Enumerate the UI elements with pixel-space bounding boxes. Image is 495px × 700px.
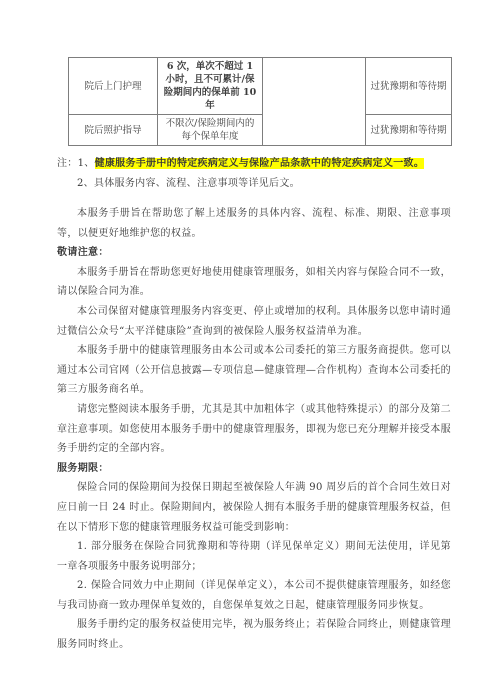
service-quota-cell: 6 次，单次不超过 1 小时，且不可累计/保险期间内的保单前 10 年 bbox=[158, 58, 263, 115]
note-item1-highlighted-text: 健康服务手册中的特定疾病定义与保险产品条款中的特定疾病定义一致。 bbox=[95, 158, 425, 169]
paragraph-termination: 服务手册约定的服务权益使用完毕，视为服务终止；若保险合同终止，则健康管理服务同时… bbox=[57, 615, 451, 654]
page-content: 院后上门护理 6 次，单次不超过 1 小时，且不可累计/保险期间内的保单前 10… bbox=[0, 0, 495, 655]
table-row-home-nursing: 院后上门护理 6 次，单次不超过 1 小时，且不可累计/保险期间内的保单前 10… bbox=[69, 58, 452, 115]
table-row-care-guidance: 院后照护指导 不限次/保险期间内的每个保单年度 过犹豫期和等待期 bbox=[69, 115, 452, 146]
document-page: 院后上门护理 6 次，单次不超过 1 小时，且不可累计/保险期间内的保单前 10… bbox=[0, 0, 495, 700]
service-quota-cell: 不限次/保险期间内的每个保单年度 bbox=[158, 115, 263, 146]
paragraph-contract-priority: 本服务手册旨在帮助您更好地使用健康管理服务，如相关内容与保险合同不一致，请以保险… bbox=[57, 263, 451, 302]
notes-block: 注：1、健康服务手册中的特定疾病定义与保险产品条款中的特定疾病定义一致。 2、具… bbox=[57, 154, 451, 193]
note-line-1: 注：1、健康服务手册中的特定疾病定义与保险产品条款中的特定疾病定义一致。 bbox=[57, 154, 451, 174]
service-name-cell: 院后上门护理 bbox=[69, 58, 158, 115]
body-text-block: 本服务手册旨在帮助您了解上述服务的具体内容、流程、标准、期限、注意事项等，以便更… bbox=[57, 204, 451, 655]
service-availability-cell: 过犹豫期和等待期 bbox=[366, 115, 452, 146]
merged-empty-cell bbox=[263, 58, 366, 146]
paragraph-purpose: 本服务手册旨在帮助您了解上述服务的具体内容、流程、标准、期限、注意事项等，以便更… bbox=[57, 204, 451, 243]
paragraph-third-party-providers: 本服务手册中的健康管理服务由本公司或本公司委托的第三方服务商提供。您可以通过本公… bbox=[57, 341, 451, 400]
term-heading: 服务期限： bbox=[57, 459, 451, 479]
paragraph-service-changes: 本公司保留对健康管理服务内容变更、停止或增加的权利。具体服务以您申请时通过微信公… bbox=[57, 302, 451, 341]
list-item-waiting-period: 1. 部分服务在保险合同犹豫期和等待期（详见保单定义）期间无法使用，详见第一章各… bbox=[57, 537, 451, 576]
service-name-cell: 院后照护指导 bbox=[69, 115, 158, 146]
notice-heading: 敬请注意： bbox=[57, 243, 451, 263]
paragraph-read-fully: 请您完整阅读本服务手册，尤其是其中加粗体字（或其他特殊提示）的部分及第二章注意事… bbox=[57, 400, 451, 459]
benefits-table: 院后上门护理 6 次，单次不超过 1 小时，且不可累计/保险期间内的保单前 10… bbox=[68, 57, 452, 146]
list-item-suspension: 2. 保险合同效力中止期间（详见保单定义），本公司不提供健康管理服务，如经您与我… bbox=[57, 576, 451, 615]
service-availability-cell: 过犹豫期和等待期 bbox=[366, 58, 452, 115]
paragraph-insurance-period: 保险合同的保险期间为投保日期起至被保险人年满 90 周岁后的首个合同生效日对应日… bbox=[57, 478, 451, 537]
note-line-2: 2、具体服务内容、流程、注意事项等详见后文。 bbox=[57, 174, 451, 194]
note-item1-prefix: 注：1、 bbox=[57, 158, 95, 169]
